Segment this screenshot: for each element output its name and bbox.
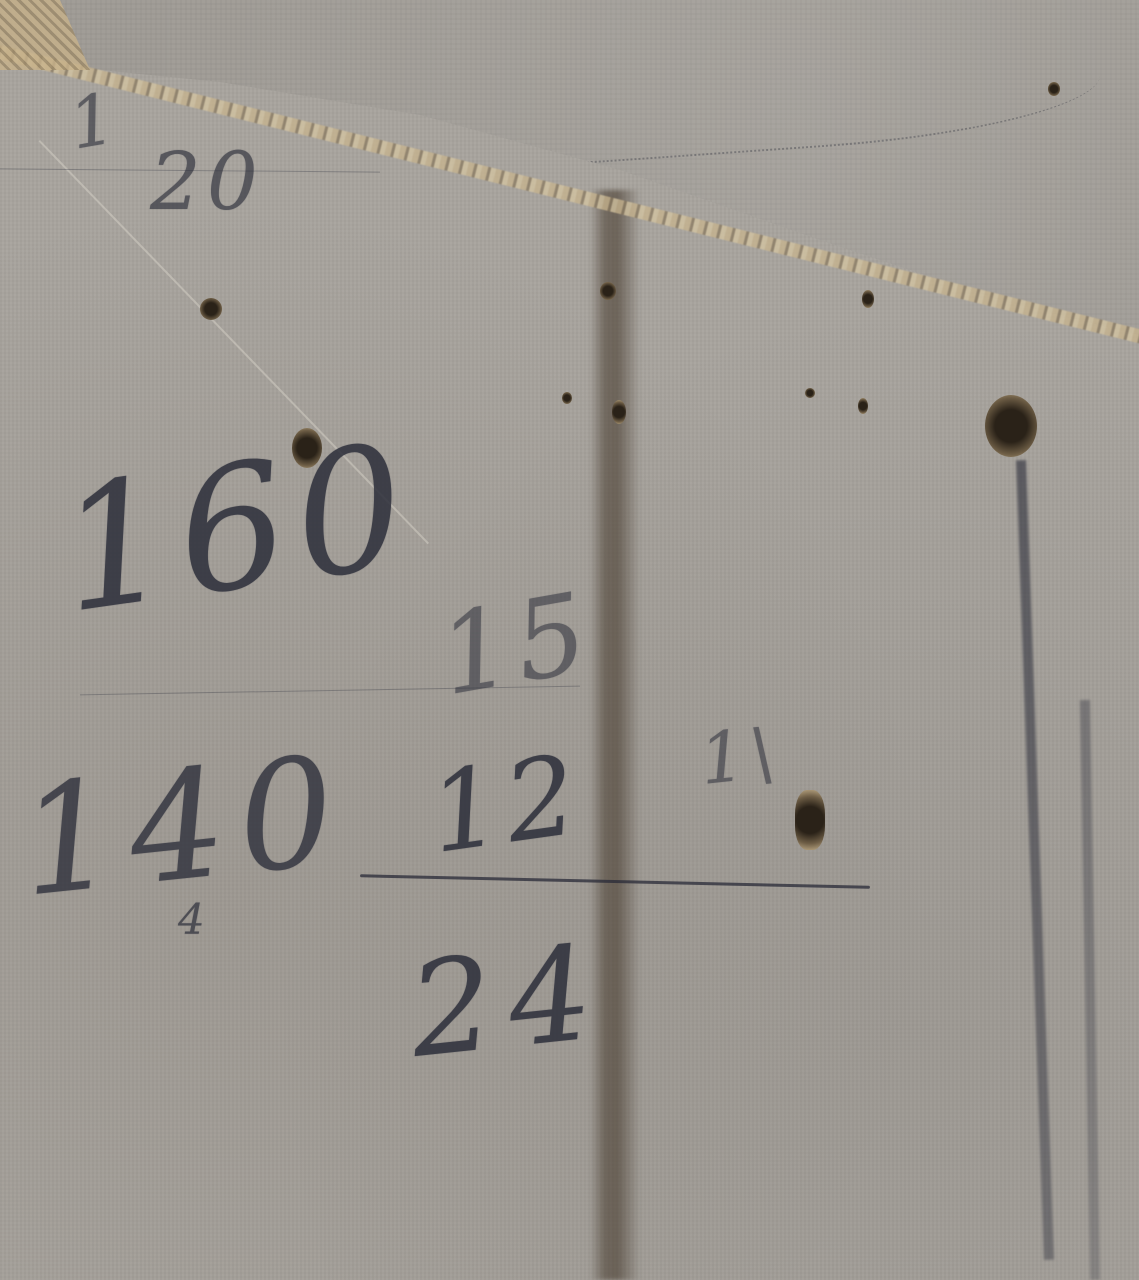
handwritten-mark-top: 1: [63, 76, 127, 166]
handwritten-number-15: 15: [430, 568, 602, 720]
small-hole-rear: [1048, 82, 1060, 96]
torn-hole: [795, 790, 825, 850]
handwritten-mark-right: 1\: [696, 711, 784, 801]
handwritten-number-160: 160: [48, 406, 427, 651]
pencil-vertical-line: [1016, 460, 1054, 1260]
small-hole: [612, 400, 626, 424]
handwritten-number-12: 12: [422, 730, 590, 878]
handwritten-small-4: 4: [178, 895, 211, 944]
small-hole: [858, 398, 868, 414]
handwritten-number-24: 24: [403, 915, 615, 1087]
small-hole: [600, 282, 616, 300]
small-hole: [562, 392, 572, 404]
small-hole: [200, 298, 222, 320]
handwritten-number-20: 20: [150, 135, 264, 228]
small-hole: [805, 388, 815, 398]
canvas-photo: 1 20 160 15 140 4 12 24 1\: [0, 0, 1139, 1280]
pencil-vertical-line-faint: [1080, 700, 1100, 1280]
small-hole: [862, 290, 874, 308]
large-hole: [985, 395, 1037, 457]
vertical-stain-streak: [590, 190, 640, 1280]
